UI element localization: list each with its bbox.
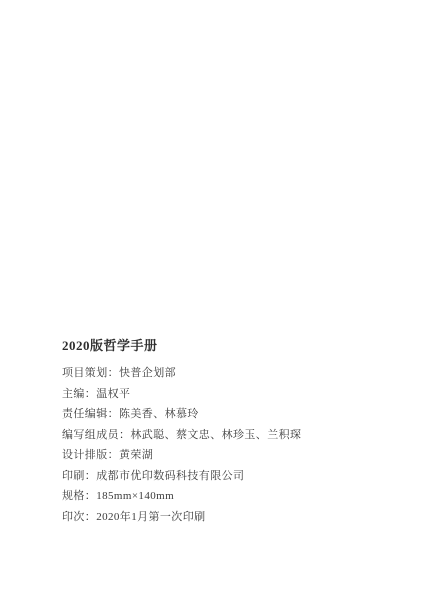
colophon-value: 185mm×140mm <box>96 490 174 502</box>
colophon-label: 主编： <box>62 388 96 400</box>
colophon-line-format: 规格：185mm×140mm <box>62 486 392 507</box>
colophon-label: 印次： <box>62 511 96 523</box>
colophon-value: 快普企划部 <box>119 367 176 379</box>
colophon-value: 黄荣湖 <box>119 449 153 461</box>
colophon-line-planning: 项目策划：快普企划部 <box>62 363 392 384</box>
colophon-label: 项目策划： <box>62 367 119 379</box>
colophon-label: 责任编辑： <box>62 408 119 420</box>
colophon-label: 编写组成员： <box>62 429 130 441</box>
colophon-line-executive-editors: 责任编辑：陈美香、林慕玲 <box>62 404 392 425</box>
colophon-label: 印刷： <box>62 470 96 482</box>
colophon-block: 2020版哲学手册 项目策划：快普企划部 主编：温权平 责任编辑：陈美香、林慕玲… <box>62 337 392 527</box>
colophon-value: 温权平 <box>96 388 130 400</box>
document-page: 2020版哲学手册 项目策划：快普企划部 主编：温权平 责任编辑：陈美香、林慕玲… <box>0 0 421 598</box>
colophon-line-printer: 印刷：成都市优印数码科技有限公司 <box>62 466 392 487</box>
colophon-value: 陈美香、林慕玲 <box>119 408 199 420</box>
colophon-value: 2020年1月第一次印刷 <box>96 511 205 523</box>
colophon-label: 规格： <box>62 490 96 502</box>
colophon-line-chief-editor: 主编：温权平 <box>62 384 392 405</box>
book-title: 2020版哲学手册 <box>62 337 392 354</box>
colophon-line-design-layout: 设计排版：黄荣湖 <box>62 445 392 466</box>
colophon-label: 设计排版： <box>62 449 119 461</box>
colophon-line-print-run: 印次：2020年1月第一次印刷 <box>62 507 392 528</box>
colophon-line-writing-team: 编写组成员：林武聪、蔡文忠、林珍玉、兰积琛 <box>62 425 392 446</box>
colophon-value: 成都市优印数码科技有限公司 <box>96 470 244 482</box>
colophon-value: 林武聪、蔡文忠、林珍玉、兰积琛 <box>130 429 301 441</box>
